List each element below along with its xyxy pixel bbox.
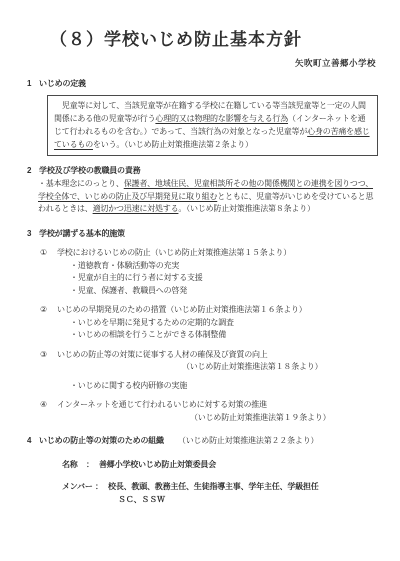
section-4-heading-row: 4 いじめの防止等の対策のための組織 （いじめ防止対策推進法第２２条より） bbox=[27, 435, 380, 448]
section-3-heading: 3 学校が講ずる基本的施策 bbox=[27, 228, 380, 241]
document-page: （８）学校いじめ防止基本方針 矢吹町立善郷小学校 1 いじめの定義 児童等に対し… bbox=[0, 0, 400, 561]
item-title: インターネットを通じて行われるいじめに対する対策の推進 bbox=[57, 399, 380, 412]
item-title: いじめの早期発見のための措置（いじめ防止対策推進法第１６条より） bbox=[57, 304, 380, 317]
section-1-heading: 1 いじめの定義 bbox=[27, 78, 380, 91]
definition-text: 児童等に対して、当該児童等が在籍する学校に在籍している等当該児童等と一定の人間関… bbox=[54, 101, 370, 149]
item-bullets: ・いじめに関する校内研修の実施 bbox=[70, 380, 380, 393]
section-4-heading: 4 いじめの防止等の対策のための組織 bbox=[27, 436, 164, 445]
section-2-heading: 2 学校及び学校の教職員の責務 bbox=[27, 165, 380, 178]
bullet-item: ・いじめを早期に発見するための定期的な調査 bbox=[70, 317, 380, 330]
item-number: ④ bbox=[40, 399, 57, 412]
section-4-citation: （いじめ防止対策推進法第２２条より） bbox=[178, 436, 318, 445]
members-row: メンバー ： 校長、教頭、教務主任、生徒指導主事、学年主任、学級担任 ＳＣ、ＳＳ… bbox=[62, 481, 380, 506]
item-number: ② bbox=[40, 304, 57, 317]
section-2-body: ・基本理念にのっとり、保護者、地域住民、児童相談所その他の関係機関との連携を図り… bbox=[38, 178, 380, 216]
item-title: いじめの防止等の対策に従事する人材の確保及び資質の向上 bbox=[57, 349, 380, 362]
numbered-item-1: ① 学校におけるいじめの防止（いじめ防止対策推進法第１５条より） ・道徳教育・体… bbox=[40, 247, 380, 297]
item-head: ② いじめの早期発見のための措置（いじめ防止対策推進法第１６条より） bbox=[40, 304, 380, 317]
item-head: ① 学校におけるいじめの防止（いじめ防止対策推進法第１５条より） bbox=[40, 247, 380, 260]
bullet-item: ・いじめの相談を行うことができる体制整備 bbox=[70, 329, 380, 342]
item-bullets: ・いじめを早期に発見するための定期的な調査 ・いじめの相談を行うことができる体制… bbox=[70, 317, 380, 342]
bullet-item: ・いじめに関する校内研修の実施 bbox=[70, 380, 380, 393]
item-bullets: ・道徳教育・体験活動等の充実 ・児童が自主的に行う者に対する支援 ・児童、保護者… bbox=[70, 260, 380, 298]
members-label: メンバー bbox=[62, 481, 95, 506]
item-head: ③ いじめの防止等の対策に従事する人材の確保及び資質の向上 bbox=[40, 349, 380, 362]
numbered-item-4: ④ インターネットを通じて行われるいじめに対する対策の推進 （いじめ防止対策推進… bbox=[40, 399, 380, 424]
bullet-item: ・道徳教育・体験活動等の充実 bbox=[70, 260, 380, 273]
school-name: 矢吹町立善郷小学校 bbox=[0, 57, 376, 69]
members-line-1: 校長、教頭、教務主任、生徒指導主事、学年主任、学級担任 bbox=[108, 481, 380, 494]
item-citation: （いじめ防止対策推進法第１９条より） bbox=[190, 412, 380, 425]
item-number: ① bbox=[40, 247, 57, 260]
colon: ： bbox=[95, 481, 108, 506]
page-title: （８）学校いじめ防止基本方針 bbox=[50, 25, 400, 50]
item-number: ③ bbox=[40, 349, 57, 362]
members-value: 校長、教頭、教務主任、生徒指導主事、学年主任、学級担任 ＳＣ、ＳＳＷ bbox=[108, 481, 380, 506]
name-label: 名称 bbox=[62, 459, 86, 472]
colon: ： bbox=[86, 459, 99, 472]
definition-box: 児童等に対して、当該児童等が在籍する学校に在籍している等当該児童等と一定の人間関… bbox=[47, 95, 378, 156]
members-line-2: ＳＣ、ＳＳＷ bbox=[118, 494, 380, 507]
numbered-item-2: ② いじめの早期発見のための措置（いじめ防止対策推進法第１６条より） ・いじめを… bbox=[40, 304, 380, 342]
item-head: ④ インターネットを通じて行われるいじめに対する対策の推進 bbox=[40, 399, 380, 412]
document-body: 1 いじめの定義 児童等に対して、当該児童等が在籍する学校に在籍している等当該児… bbox=[27, 78, 380, 506]
committee-name: 善郷小学校いじめ防止対策委員会 bbox=[99, 459, 380, 472]
name-row: 名称 ： 善郷小学校いじめ防止対策委員会 bbox=[62, 459, 380, 472]
item-citation: （いじめ防止対策推進法第１８条より） bbox=[182, 361, 380, 374]
bullet-item: ・児童が自主的に行う者に対する支援 bbox=[70, 272, 380, 285]
numbered-item-3: ③ いじめの防止等の対策に従事する人材の確保及び資質の向上 （いじめ防止対策推進… bbox=[40, 349, 380, 393]
bullet-item: ・児童、保護者、教職員への啓発 bbox=[70, 285, 380, 298]
item-title: 学校におけるいじめの防止（いじめ防止対策推進法第１５条より） bbox=[57, 247, 380, 260]
